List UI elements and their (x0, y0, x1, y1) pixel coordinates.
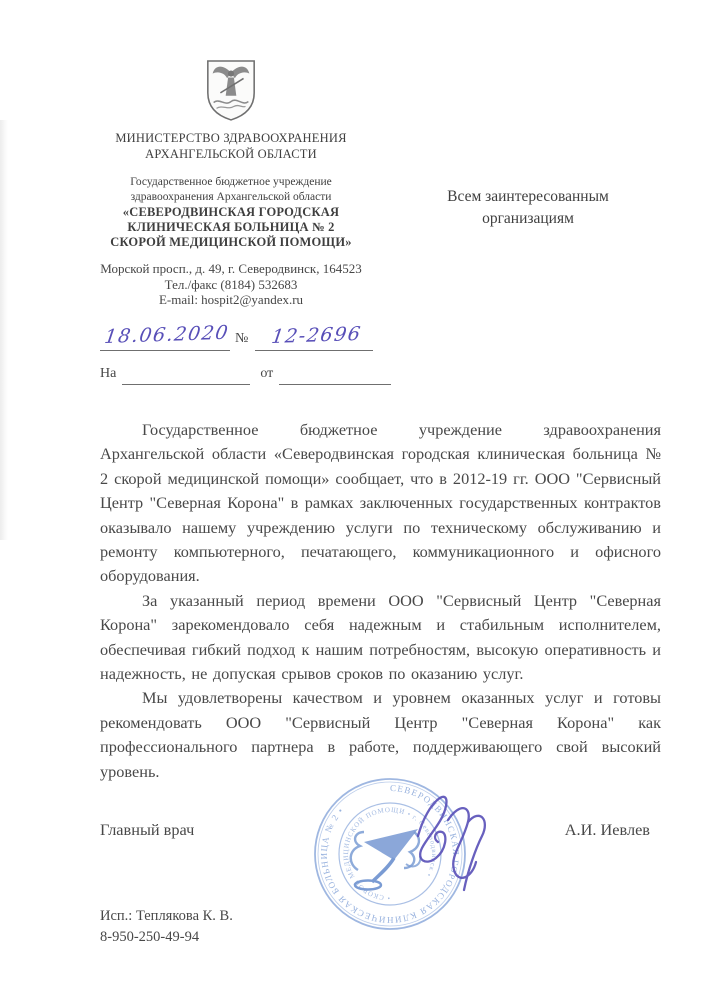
body-paragraph-3: Мы удовлетворены качеством и уровнем ока… (100, 686, 661, 784)
na-blank-line (122, 362, 250, 385)
org-name-line2: КЛИНИЧЕСКАЯ БОЛЬНИЦА № 2 (92, 220, 370, 235)
addressee-line1: Всем заинтересованным (408, 186, 648, 208)
body-paragraph-2: За указанный период времени ООО "Сервисн… (100, 589, 661, 687)
ministry-line1: МИНИСТЕРСТВО ЗДРАВООХРАНЕНИЯ (92, 130, 370, 146)
executor-block: Исп.: Теплякова К. В. 8-950-250-49-94 (100, 906, 233, 948)
org-type-line1: Государственное бюджетное учреждение (92, 175, 370, 190)
signer-title: Главный врач (100, 820, 194, 840)
org-phone: Тел./факс (8184) 532683 (92, 277, 370, 293)
na-label: На (100, 363, 116, 385)
org-type: Государственное бюджетное учреждение здр… (92, 175, 370, 204)
date-line: 18.06.2020 (100, 326, 230, 351)
handwritten-date: 18.06.2020 (103, 322, 231, 348)
org-name-line3: СКОРОЙ МЕДИЦИНСКОЙ ПОМОЩИ» (92, 235, 370, 250)
org-email: E-mail: hospit2@yandex.ru (92, 292, 370, 308)
executor-name: Исп.: Теплякова К. В. (100, 906, 233, 927)
ministry-line2: АРХАНГЕЛЬСКОЙ ОБЛАСТИ (92, 146, 370, 162)
body-paragraph-1: Государственное бюджетное учреждение здр… (100, 418, 661, 589)
org-address: Морской просп., д. 49, г. Северодвинск, … (92, 261, 370, 277)
ot-label: от (260, 363, 273, 385)
letter-page: МИНИСТЕРСТВО ЗДРАВООХРАНЕНИЯ АРХАНГЕЛЬСК… (0, 0, 707, 1000)
signature-ink (388, 778, 498, 918)
reply-reference-row: Наот (100, 362, 400, 386)
signer-name: А.И. Иевлев (565, 820, 650, 840)
reference-block: 18.06.2020№12-2696 Наот (100, 326, 400, 386)
org-name: «СЕВЕРОДВИНСКАЯ ГОРОДСКАЯ КЛИНИЧЕСКАЯ БО… (92, 205, 370, 250)
number-sign: № (235, 327, 248, 351)
addressee-line2: организациям (408, 208, 648, 230)
ministry-name: МИНИСТЕРСТВО ЗДРАВООХРАНЕНИЯ АРХАНГЕЛЬСК… (92, 130, 370, 162)
date-number-row: 18.06.2020№12-2696 (100, 326, 400, 354)
addressee: Всем заинтересованным организациям (408, 186, 648, 230)
executor-phone: 8-950-250-49-94 (100, 927, 233, 948)
letter-body: Государственное бюджетное учреждение здр… (100, 418, 661, 784)
org-name-line1: «СЕВЕРОДВИНСКАЯ ГОРОДСКАЯ (92, 205, 370, 220)
number-line: 12-2696 (255, 326, 373, 351)
org-type-line2: здравоохранения Архангельской области (92, 190, 370, 205)
letterhead: МИНИСТЕРСТВО ЗДРАВООХРАНЕНИЯ АРХАНГЕЛЬСК… (92, 58, 370, 308)
scan-shadow (0, 120, 8, 540)
contact-block: Морской просп., д. 49, г. Северодвинск, … (92, 261, 370, 308)
arkhangelsk-coat-of-arms-icon (203, 58, 259, 122)
handwritten-number: 12-2696 (270, 323, 363, 348)
ot-blank-line (279, 362, 391, 385)
